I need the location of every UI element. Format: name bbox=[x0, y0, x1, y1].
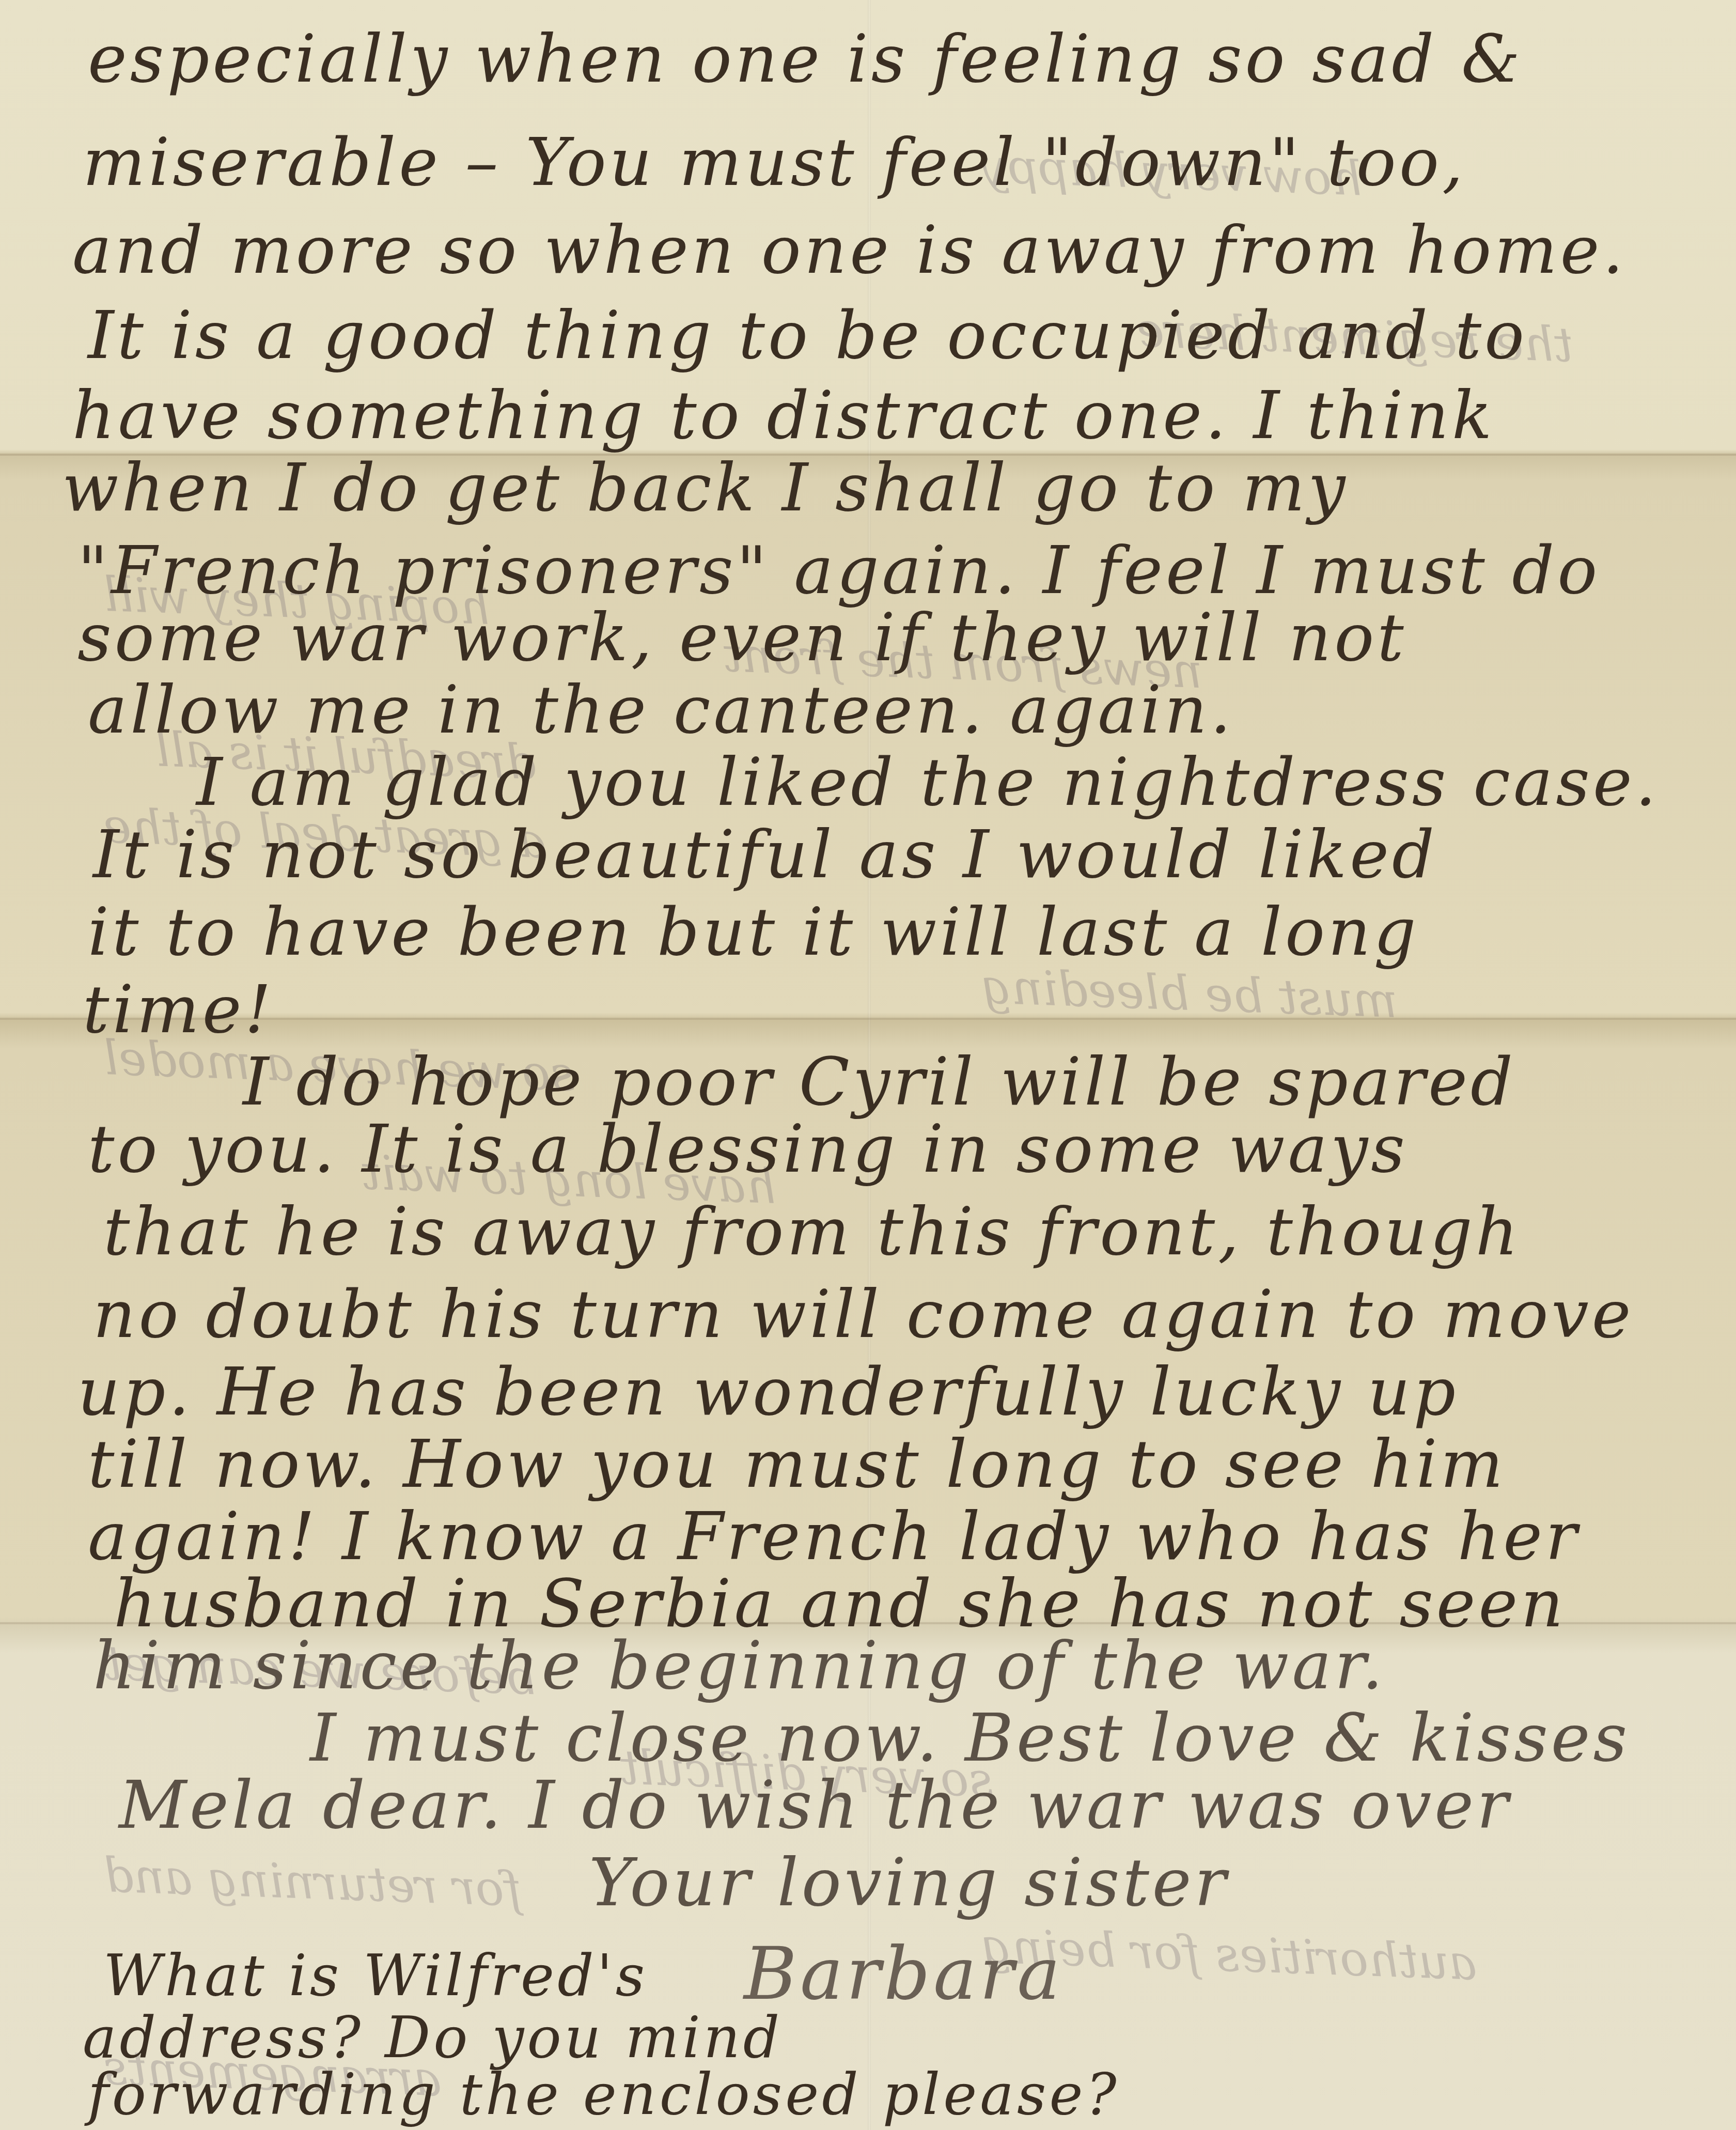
letter-line: when I do get back I shall go to my bbox=[62, 449, 1349, 526]
letter-line: Mela dear. I do wish the war was over bbox=[119, 1767, 1511, 1844]
letter-line: to you. It is a blessing in some ways bbox=[88, 1111, 1408, 1188]
letter-line: no doubt his turn will come again to mov… bbox=[93, 1276, 1634, 1353]
postscript-line: forwarding the enclosed please? bbox=[88, 2061, 1119, 2127]
signature: Barbara bbox=[744, 1932, 1064, 2016]
letter-line: It is not so beautiful as I would liked bbox=[93, 816, 1437, 893]
letter-line: "French prisoners" again. I feel I must … bbox=[77, 532, 1600, 609]
letter-line: have something to distract one. I think bbox=[72, 377, 1495, 454]
letter-line: allow me in the canteen. again. bbox=[88, 672, 1234, 749]
letter-line: him since the beginning of the war. bbox=[93, 1627, 1386, 1704]
letter-line: till now. How you must long to see him bbox=[88, 1426, 1506, 1503]
letter-line: it to have been but it will last a long bbox=[88, 894, 1419, 971]
letter-line: some war work, even if they will not bbox=[77, 599, 1407, 676]
letter-line: up. He has been wonderfully lucky up bbox=[77, 1354, 1459, 1431]
letter-body: especially when one is feeling so sad & … bbox=[0, 0, 1736, 2130]
postscript-line: What is Wilfred's bbox=[103, 1942, 648, 2009]
letter-line: miserable – You must feel "down" too, bbox=[83, 124, 1466, 201]
letter-line: time! bbox=[83, 971, 274, 1048]
letter-line: that he is away from this front, though bbox=[103, 1193, 1521, 1270]
letter-line: especially when one is feeling so sad & bbox=[88, 21, 1523, 98]
letter-line: and more so when one is away from home. bbox=[72, 212, 1626, 289]
letter-line: I am glad you liked the nightdress case. bbox=[196, 744, 1659, 821]
letter-line: again! I know a French lady who has her bbox=[88, 1498, 1580, 1575]
postscript-line: address? Do you mind bbox=[83, 2004, 783, 2071]
letter-line: I must close now. Best love & kisses bbox=[310, 1700, 1630, 1777]
letter-line: I do hope poor Cyril will be spared bbox=[243, 1044, 1516, 1121]
closing-line: Your loving sister bbox=[589, 1844, 1229, 1921]
letter-line: It is a good thing to be occupied and to bbox=[88, 297, 1527, 374]
